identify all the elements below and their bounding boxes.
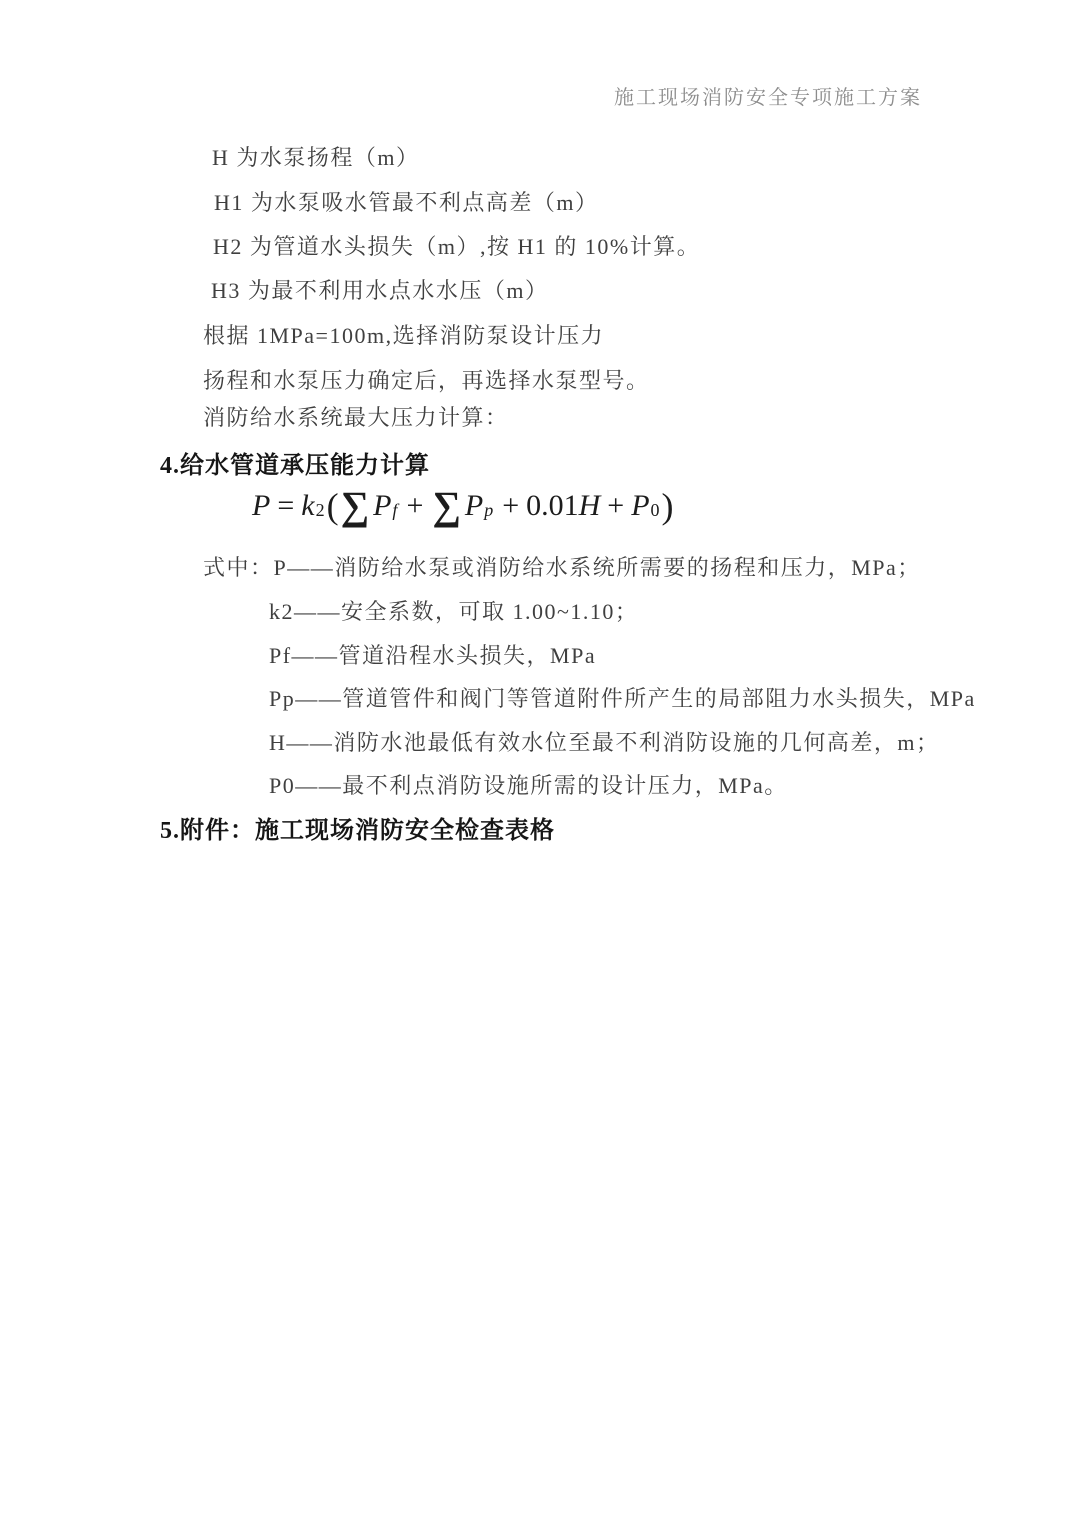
pressure-formula: P = k2 ( ∑ Pf + ∑ Pp + 0.01H + P0 ) [252,477,674,535]
section-4-heading: 4.给水管道承压能力计算 [160,445,430,480]
definition-line-pf: Pf——管道沿程水头损失，MPa [269,639,596,670]
note-line-h2: H2 为管道水头损失（m）,按 H1 的 10%计算。 [213,230,700,261]
formula-term-pp: P [465,489,483,523]
formula-close-paren: ) [662,488,674,524]
formula-coefficient: 0.01 [526,489,579,523]
note-line-h1: H1 为水泵吸水管最不利点高差（m） [214,186,599,217]
formula-sum-icon: ∑ [432,486,461,526]
formula-term-pf: P [373,489,391,523]
formula-term-p: P [252,489,270,523]
note-line-mpa-rule: 根据 1MPa=100m,选择消防泵设计压力 [203,319,604,350]
formula-sub-0: 0 [651,501,660,519]
formula-plus: + [502,489,519,523]
formula-plus: + [607,489,624,523]
formula-sub-p: p [484,501,493,519]
formula-sum-icon: ∑ [341,486,370,526]
section-5-heading: 5.附件：施工现场消防安全检查表格 [160,810,555,845]
formula-equals: = [277,489,294,523]
note-line-h3: H3 为最不利用水点水水压（m） [211,274,549,305]
note-line-pump-model: 扬程和水泵压力确定后，再选择水泵型号。 [203,364,650,395]
formula-sub-f: f [392,501,397,519]
definition-line-p: 式中：P——消防给水泵或消防给水系统所需要的扬程和压力，MPa； [203,551,921,582]
definition-line-h: H——消防水池最低有效水位至最不利消防设施的几何高差，m； [269,726,940,757]
formula-sub-k2: 2 [316,501,325,519]
document-page: 施工现场消防安全专项施工方案 H 为水泵扬程（m） H1 为水泵吸水管最不利点高… [0,0,1080,1527]
definition-line-pp: Pp——管道管件和阀门等管道附件所产生的局部阻力水头损失，MPa [269,682,976,713]
definition-line-p0: P0——最不利点消防设施所需的设计压力，MPa。 [269,769,788,800]
formula-term-h: H [579,489,601,523]
note-line-h: H 为水泵扬程（m） [212,141,420,172]
page-header-title: 施工现场消防安全专项施工方案 [614,81,922,110]
formula-open-paren: ( [327,488,339,524]
note-line-max-pressure: 消防给水系统最大压力计算： [203,401,509,432]
formula-plus: + [406,489,423,523]
definition-line-k2: k2——安全系数，可取 1.00~1.10； [269,595,638,626]
formula-term-p0: P [631,489,649,523]
formula-term-k: k [301,489,314,523]
